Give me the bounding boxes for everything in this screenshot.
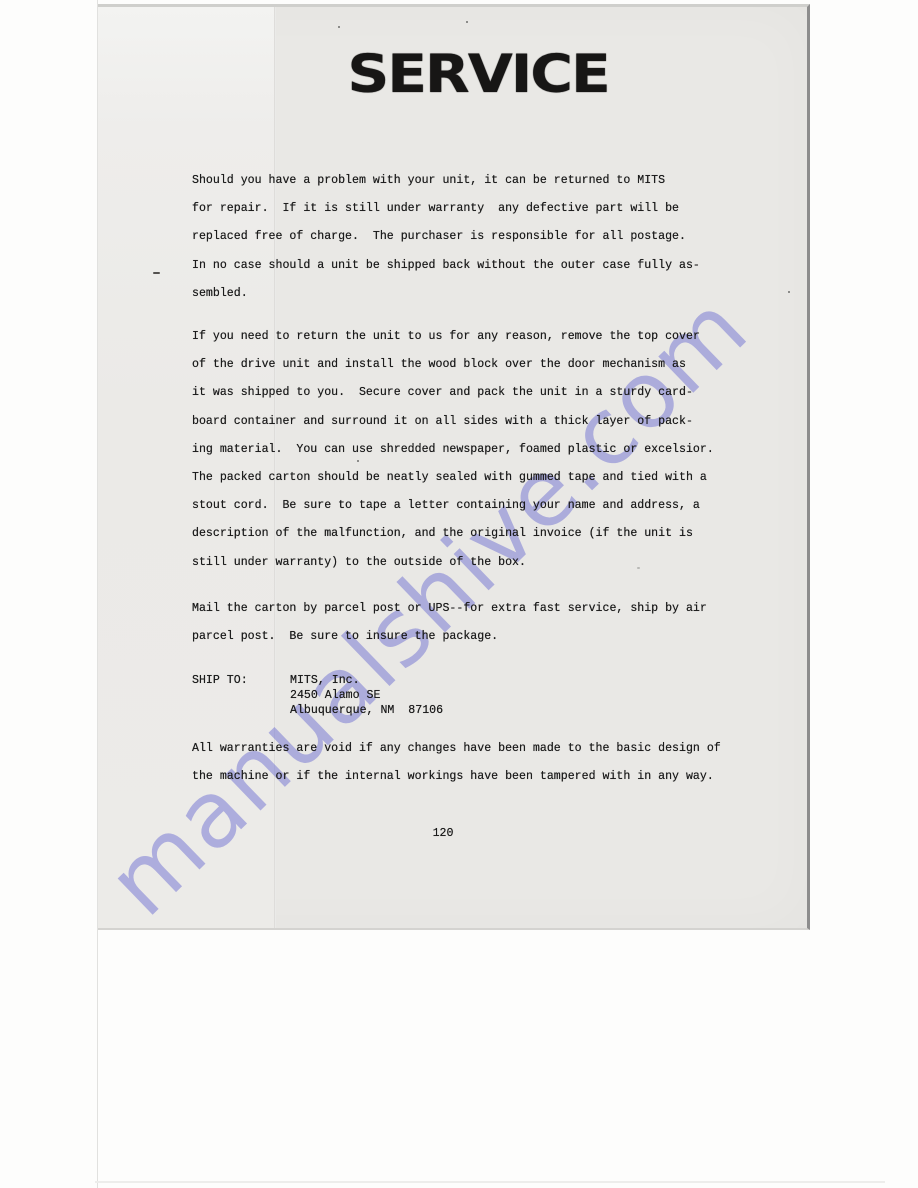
paragraph-return-policy: Should you have a problem with your unit… <box>192 167 700 308</box>
scan-speck <box>637 567 640 569</box>
ship-to-address: MITS, Inc. 2450 Alamo SE Albuquerque, NM… <box>290 673 443 718</box>
paragraph-warranty-void: All warranties are void if any changes h… <box>192 735 721 791</box>
ship-to-label: SHIP TO: <box>192 673 248 688</box>
scan-speck <box>357 460 359 462</box>
page-title: SERVICE <box>347 48 608 101</box>
paragraph-mailing-instructions: Mail the carton by parcel post or UPS--f… <box>192 595 707 651</box>
scan-artifact-dash <box>153 272 160 274</box>
paragraph-packing-instructions: If you need to return the unit to us for… <box>192 323 714 577</box>
scan-edge-line-bottom <box>95 1181 885 1183</box>
scan-speck <box>466 21 468 23</box>
scan-speck <box>338 26 340 28</box>
scan-speck <box>788 291 790 293</box>
page-number: 120 <box>433 826 454 841</box>
scanned-document-page: manualshive.com SERVICE Should you have … <box>0 0 918 1188</box>
